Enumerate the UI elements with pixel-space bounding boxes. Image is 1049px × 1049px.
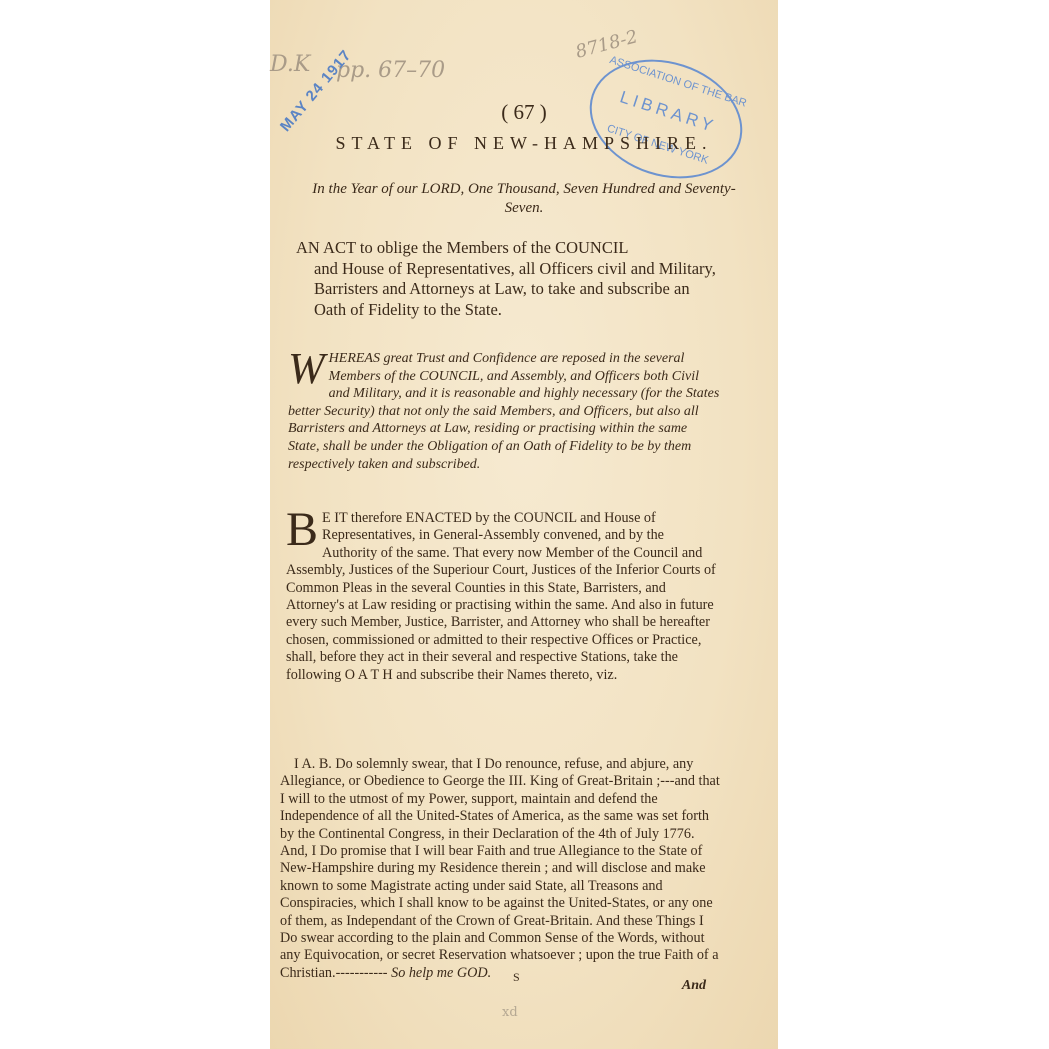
oath-closing: So help me GOD.	[391, 965, 491, 981]
preamble-text: HEREAS great Trust and Confidence are re…	[288, 351, 719, 472]
preamble-paragraph: W HEREAS great Trust and Confidence are …	[288, 350, 720, 473]
preamble-dropcap: W	[288, 350, 325, 388]
year-line: In the Year of our LORD, One Thousand, S…	[310, 180, 738, 218]
document-page: D.K pp. 67–70 8718-2 MAY 24 1917 ASSOCIA…	[270, 0, 778, 1049]
act-heading: AN ACT to oblige the Members of the COUN…	[296, 238, 720, 320]
pencil-note-initials: D.K	[270, 52, 310, 77]
act-heading-rest: and House of Representatives, all Office…	[296, 259, 720, 321]
enacting-text: E IT therefore ENACTED by the COUNCIL an…	[286, 510, 716, 683]
pencil-note-pages: pp. 67–70	[336, 58, 445, 83]
act-heading-first-line: AN ACT to oblige the Members of the COUN…	[296, 238, 628, 257]
page-number: ( 67 )	[270, 100, 778, 125]
signature-mark: S	[513, 970, 520, 985]
enacting-paragraph: B E IT therefore ENACTED by the COUNCIL …	[286, 510, 720, 684]
catchword: And	[682, 978, 706, 994]
document-title: STATE OF NEW-HAMPSHIRE.	[270, 133, 778, 154]
oath-text: I A. B. Do solemnly swear, that I Do ren…	[280, 756, 720, 981]
enacting-dropcap: B	[286, 510, 318, 550]
pencil-bottom-mark: xd	[502, 1005, 518, 1020]
oath-paragraph: I A. B. Do solemnly swear, that I Do ren…	[280, 756, 720, 982]
